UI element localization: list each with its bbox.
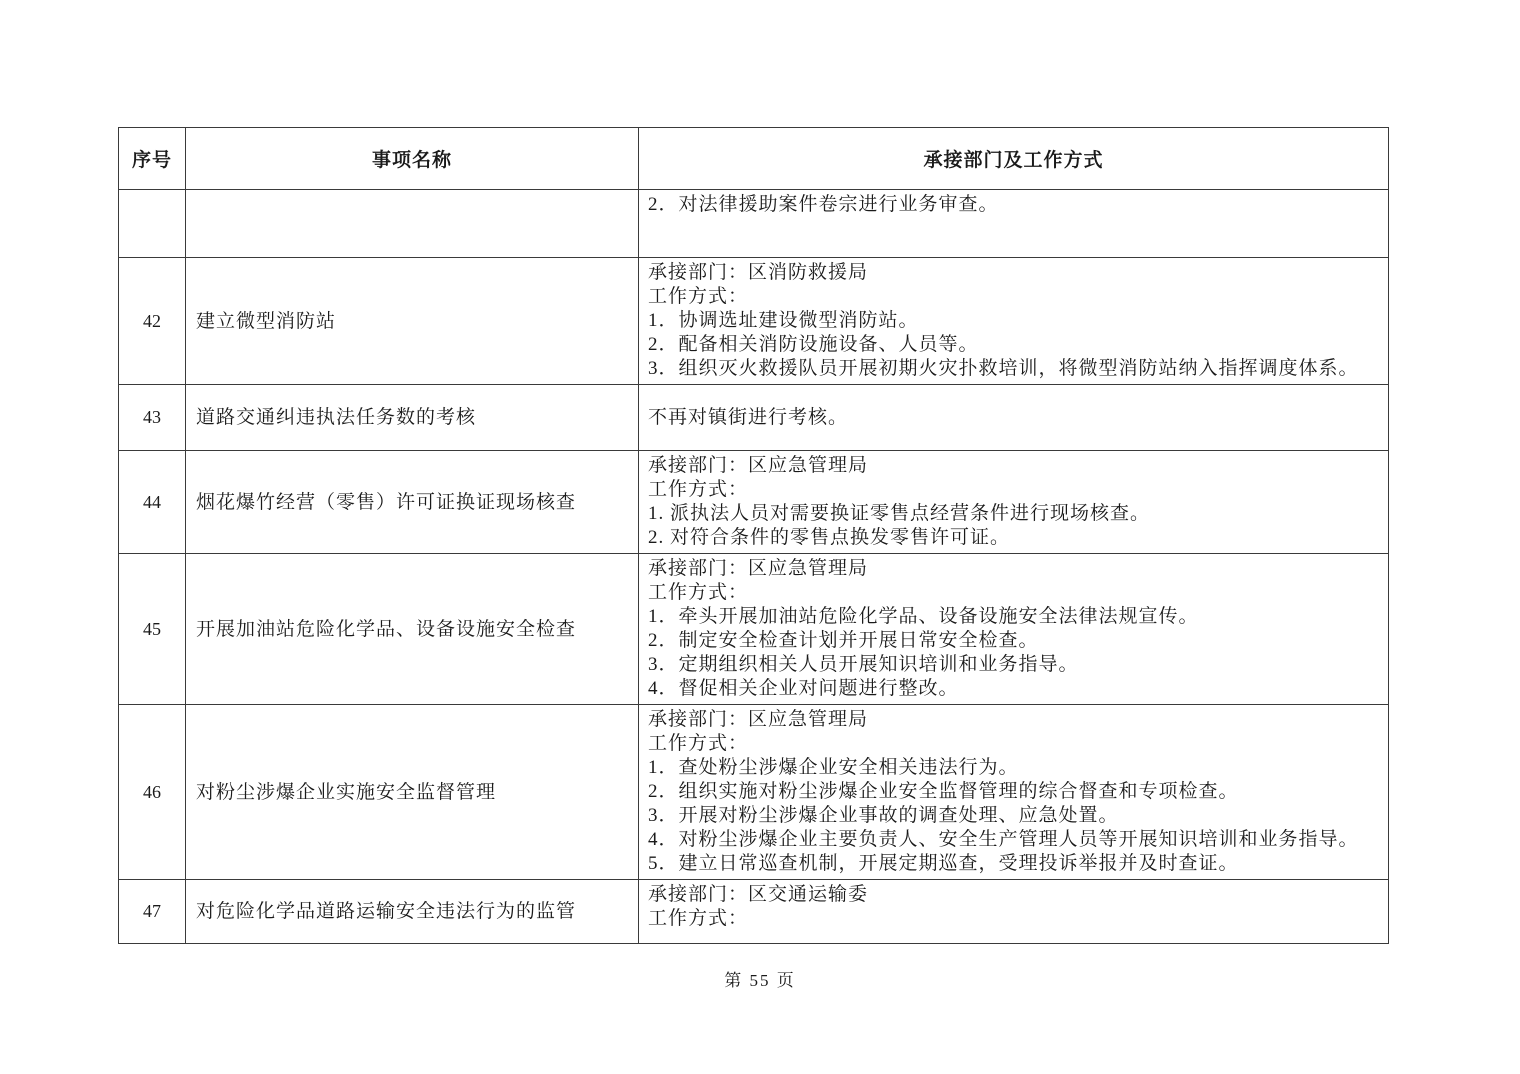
items-table: 序号 事项名称 承接部门及工作方式 2．对法律援助案件卷宗进行业务审查。42建立…: [118, 127, 1389, 944]
work-method-line: 2．制定安全检查计划并开展日常安全检查。: [648, 629, 1378, 653]
work-method-line: 3．组织灭火救援队员开展初期火灾扑救培训，将微型消防站纳入指挥调度体系。: [648, 357, 1378, 381]
work-method-line: 承接部门：区应急管理局: [648, 708, 1378, 732]
table-header: 序号 事项名称 承接部门及工作方式: [119, 128, 1389, 190]
work-method-line: 4．对粉尘涉爆企业主要负责人、安全生产管理人员等开展知识培训和业务指导。: [648, 828, 1378, 852]
work-method-line: 2. 对符合条件的零售点换发零售许可证。: [648, 526, 1378, 550]
row-department-method: 承接部门：区消防救援局工作方式：1．协调选址建设微型消防站。2．配备相关消防设施…: [639, 258, 1389, 385]
row-serial-number: 46: [119, 705, 186, 880]
row-serial-number: 42: [119, 258, 186, 385]
header-row: 序号 事项名称 承接部门及工作方式: [119, 128, 1389, 190]
work-method-line: 2．配备相关消防设施设备、人员等。: [648, 333, 1378, 357]
document-page: 序号 事项名称 承接部门及工作方式 2．对法律援助案件卷宗进行业务审查。42建立…: [0, 0, 1520, 1074]
work-method-line: 承接部门：区应急管理局: [648, 557, 1378, 581]
table-row: 44烟花爆竹经营（零售）许可证换证现场核查承接部门：区应急管理局工作方式：1. …: [119, 451, 1389, 554]
header-department-method: 承接部门及工作方式: [639, 128, 1389, 190]
row-department-method: 承接部门：区应急管理局工作方式：1．牵头开展加油站危险化学品、设备设施安全法律法…: [639, 554, 1389, 705]
table-row: 45开展加油站危险化学品、设备设施安全检查承接部门：区应急管理局工作方式：1．牵…: [119, 554, 1389, 705]
row-serial-number: 47: [119, 880, 186, 944]
work-method-line: 工作方式：: [648, 907, 1378, 931]
table-row: 47对危险化学品道路运输安全违法行为的监管承接部门：区交通运输委工作方式：: [119, 880, 1389, 944]
work-method-line: 1. 派执法人员对需要换证零售点经营条件进行现场核查。: [648, 502, 1378, 526]
table-row: 42建立微型消防站承接部门：区消防救援局工作方式：1．协调选址建设微型消防站。2…: [119, 258, 1389, 385]
row-item-name: 建立微型消防站: [186, 258, 639, 385]
row-item-name: [186, 190, 639, 258]
row-item-name: 开展加油站危险化学品、设备设施安全检查: [186, 554, 639, 705]
row-serial-number: [119, 190, 186, 258]
row-serial-number: 45: [119, 554, 186, 705]
work-method-line: 工作方式：: [648, 478, 1378, 502]
table-body: 2．对法律援助案件卷宗进行业务审查。42建立微型消防站承接部门：区消防救援局工作…: [119, 190, 1389, 944]
work-method-line: 1．协调选址建设微型消防站。: [648, 309, 1378, 333]
work-method-line: 3．定期组织相关人员开展知识培训和业务指导。: [648, 653, 1378, 677]
table-row: 2．对法律援助案件卷宗进行业务审查。: [119, 190, 1389, 258]
work-method-line: 2．组织实施对粉尘涉爆企业安全监督管理的综合督查和专项检查。: [648, 780, 1378, 804]
work-method-line: 工作方式：: [648, 581, 1378, 605]
work-method-line: 4．督促相关企业对问题进行整改。: [648, 677, 1378, 701]
header-item-name: 事项名称: [186, 128, 639, 190]
page-number-footer: 第 55 页: [0, 966, 1520, 991]
row-department-method: 承接部门：区应急管理局工作方式：1．查处粉尘涉爆企业安全相关违法行为。2．组织实…: [639, 705, 1389, 880]
work-method-line: 不再对镇街进行考核。: [648, 406, 1378, 430]
work-method-line: 3．开展对粉尘涉爆企业事故的调查处理、应急处置。: [648, 804, 1378, 828]
work-method-line: 5．建立日常巡查机制，开展定期巡查，受理投诉举报并及时查证。: [648, 852, 1378, 876]
header-serial-number: 序号: [119, 128, 186, 190]
work-method-line: 2．对法律援助案件卷宗进行业务审查。: [648, 193, 1378, 217]
row-item-name: 对危险化学品道路运输安全违法行为的监管: [186, 880, 639, 944]
work-method-line: 工作方式：: [648, 732, 1378, 756]
row-department-method: 2．对法律援助案件卷宗进行业务审查。: [639, 190, 1389, 258]
row-department-method: 承接部门：区应急管理局工作方式：1. 派执法人员对需要换证零售点经营条件进行现场…: [639, 451, 1389, 554]
row-item-name: 道路交通纠违执法任务数的考核: [186, 385, 639, 451]
row-serial-number: 44: [119, 451, 186, 554]
work-method-line: 承接部门：区消防救援局: [648, 261, 1378, 285]
row-item-name: 对粉尘涉爆企业实施安全监督管理: [186, 705, 639, 880]
work-method-line: 承接部门：区交通运输委: [648, 883, 1378, 907]
table-row: 43道路交通纠违执法任务数的考核不再对镇街进行考核。: [119, 385, 1389, 451]
table-row: 46对粉尘涉爆企业实施安全监督管理承接部门：区应急管理局工作方式：1．查处粉尘涉…: [119, 705, 1389, 880]
work-method-line: 1．牵头开展加油站危险化学品、设备设施安全法律法规宣传。: [648, 605, 1378, 629]
row-department-method: 承接部门：区交通运输委工作方式：: [639, 880, 1389, 944]
work-method-line: 1．查处粉尘涉爆企业安全相关违法行为。: [648, 756, 1378, 780]
row-department-method: 不再对镇街进行考核。: [639, 385, 1389, 451]
work-method-line: 承接部门：区应急管理局: [648, 454, 1378, 478]
work-method-line: 工作方式：: [648, 285, 1378, 309]
row-serial-number: 43: [119, 385, 186, 451]
row-item-name: 烟花爆竹经营（零售）许可证换证现场核查: [186, 451, 639, 554]
